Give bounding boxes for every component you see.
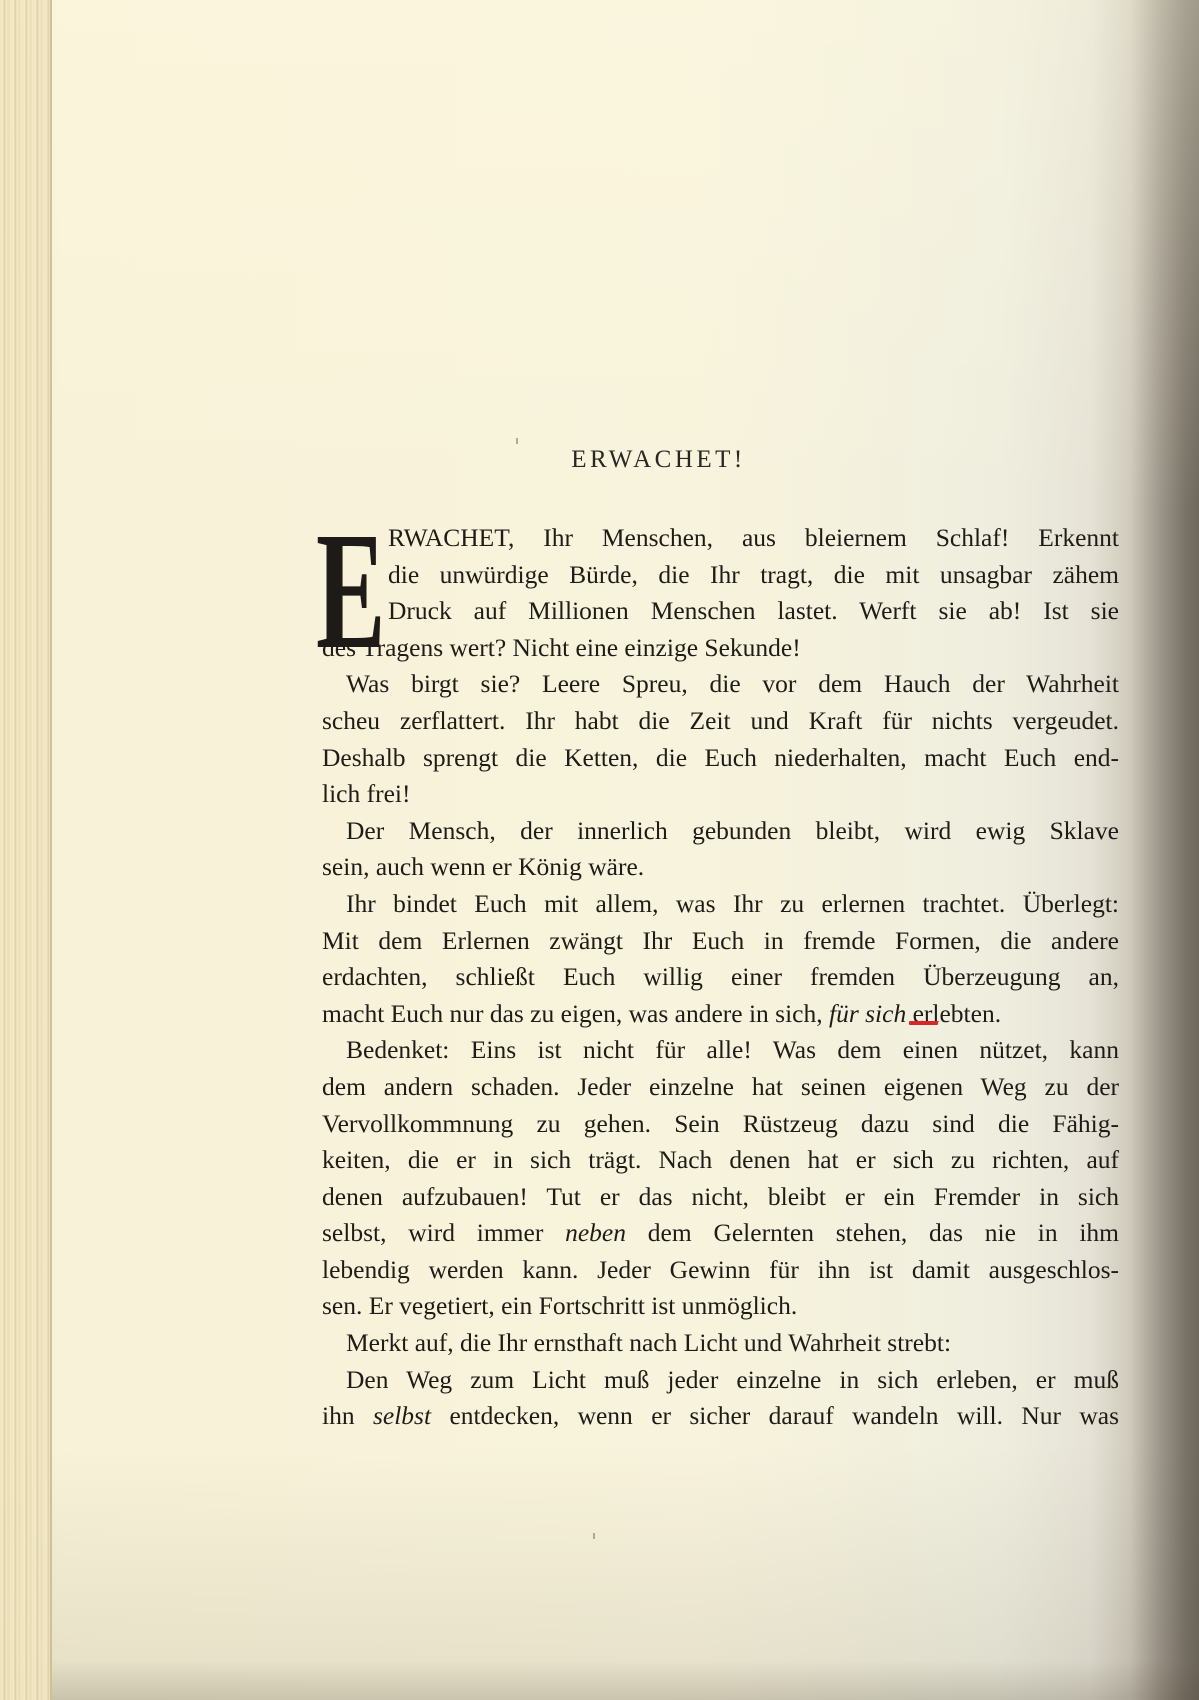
text-line: Den Weg zum Licht muß jeder einzelne in … xyxy=(322,1362,1119,1399)
text-line: RWACHET, Ihr Menschen, aus bleiernem Sch… xyxy=(322,520,1119,557)
bottom-shadow xyxy=(52,1660,1199,1700)
text-segment: macht Euch nur das zu eigen, was andere … xyxy=(322,999,823,1028)
text-segment: ihn xyxy=(322,1401,355,1430)
text-line: dem andern schaden. Jeder einzelne hat s… xyxy=(322,1069,1119,1106)
text-line: sein, auch wenn er König wäre. xyxy=(322,849,1119,886)
chapter-heading: ERWACHET! xyxy=(0,446,1199,474)
text-line: Druck auf Millionen Menschen lastet. Wer… xyxy=(322,593,1119,630)
text-line: keiten, die er in sich trägt. Nach denen… xyxy=(322,1142,1119,1179)
text-line: macht Euch nur das zu eigen, was andere … xyxy=(322,996,1119,1033)
paragraph-4: Ihr bindet Euch mit allem, was Ihr zu er… xyxy=(322,886,1119,1032)
text-segment: dem Gelernten stehen, das nie in ihm xyxy=(648,1218,1119,1247)
text-line: Bedenket: Eins ist nicht für alle! Was d… xyxy=(322,1032,1119,1069)
text-segment: selbst, wird immer xyxy=(322,1218,543,1247)
text-line: sen. Er vegetiert, ein Fortschritt ist u… xyxy=(322,1288,1119,1325)
text-segment: entdecken, wenn er sicher darauf wandeln… xyxy=(449,1401,1119,1430)
text-line: die unwürdige Bürde, die Ihr tragt, die … xyxy=(322,557,1119,594)
text-line: ihn selbst entdecken, wenn er sicher dar… xyxy=(322,1398,1119,1435)
page-edge-stack xyxy=(0,0,52,1700)
italic-emphasis: neben xyxy=(565,1218,626,1247)
paper-speck xyxy=(516,438,518,444)
text-line: Merkt auf, die Ihr ernsthaft nach Licht … xyxy=(322,1325,1119,1362)
red-pen-underline-mark xyxy=(909,1021,938,1025)
paragraph-5: Bedenket: Eins ist nicht für alle! Was d… xyxy=(322,1032,1119,1325)
body-text: E RWACHET, Ihr Menschen, aus bleiernem S… xyxy=(322,520,1119,1435)
text-line: Mit dem Erlernen zwängt Ihr Euch in frem… xyxy=(322,923,1119,960)
drop-cap-letter: E xyxy=(316,522,385,660)
text-line: Ihr bindet Euch mit allem, was Ihr zu er… xyxy=(322,886,1119,923)
text-line: lebendig werden kann. Jeder Gewinn für i… xyxy=(322,1252,1119,1289)
text-line: des Tragens wert? Nicht eine einzige Sek… xyxy=(322,630,1119,667)
text-line: Was birgt sie? Leere Spreu, die vor dem … xyxy=(322,666,1119,703)
paragraph-7: Den Weg zum Licht muß jeder einzelne in … xyxy=(322,1362,1119,1435)
italic-emphasis: selbst xyxy=(373,1401,431,1430)
text-line: selbst, wird immer neben dem Gelernten s… xyxy=(322,1215,1119,1252)
text-line: Deshalb sprengt die Ketten, die Euch nie… xyxy=(322,740,1119,777)
book-page: ERWACHET! E RWACHET, Ihr Menschen, aus b… xyxy=(0,0,1199,1700)
italic-emphasis: für sich xyxy=(829,999,906,1028)
paragraph-1: E RWACHET, Ihr Menschen, aus bleiernem S… xyxy=(322,520,1119,666)
text-line: erdachten, schließt Euch willig einer fr… xyxy=(322,959,1119,996)
text-line: denen aufzubauen! Tut er das nicht, blei… xyxy=(322,1179,1119,1216)
text-line: scheu zerflattert. Ihr habt die Zeit und… xyxy=(322,703,1119,740)
paragraph-2: Was birgt sie? Leere Spreu, die vor dem … xyxy=(322,666,1119,812)
text-line: Der Mensch, der innerlich gebunden bleib… xyxy=(322,813,1119,850)
paragraph-3: Der Mensch, der innerlich gebunden bleib… xyxy=(322,813,1119,886)
text-line: Vervollkommnung zu gehen. Sein Rüstzeug … xyxy=(322,1106,1119,1143)
text-line: lich frei! xyxy=(322,776,1119,813)
paper-speck xyxy=(593,1533,595,1539)
paragraph-6: Merkt auf, die Ihr ernsthaft nach Licht … xyxy=(322,1325,1119,1362)
